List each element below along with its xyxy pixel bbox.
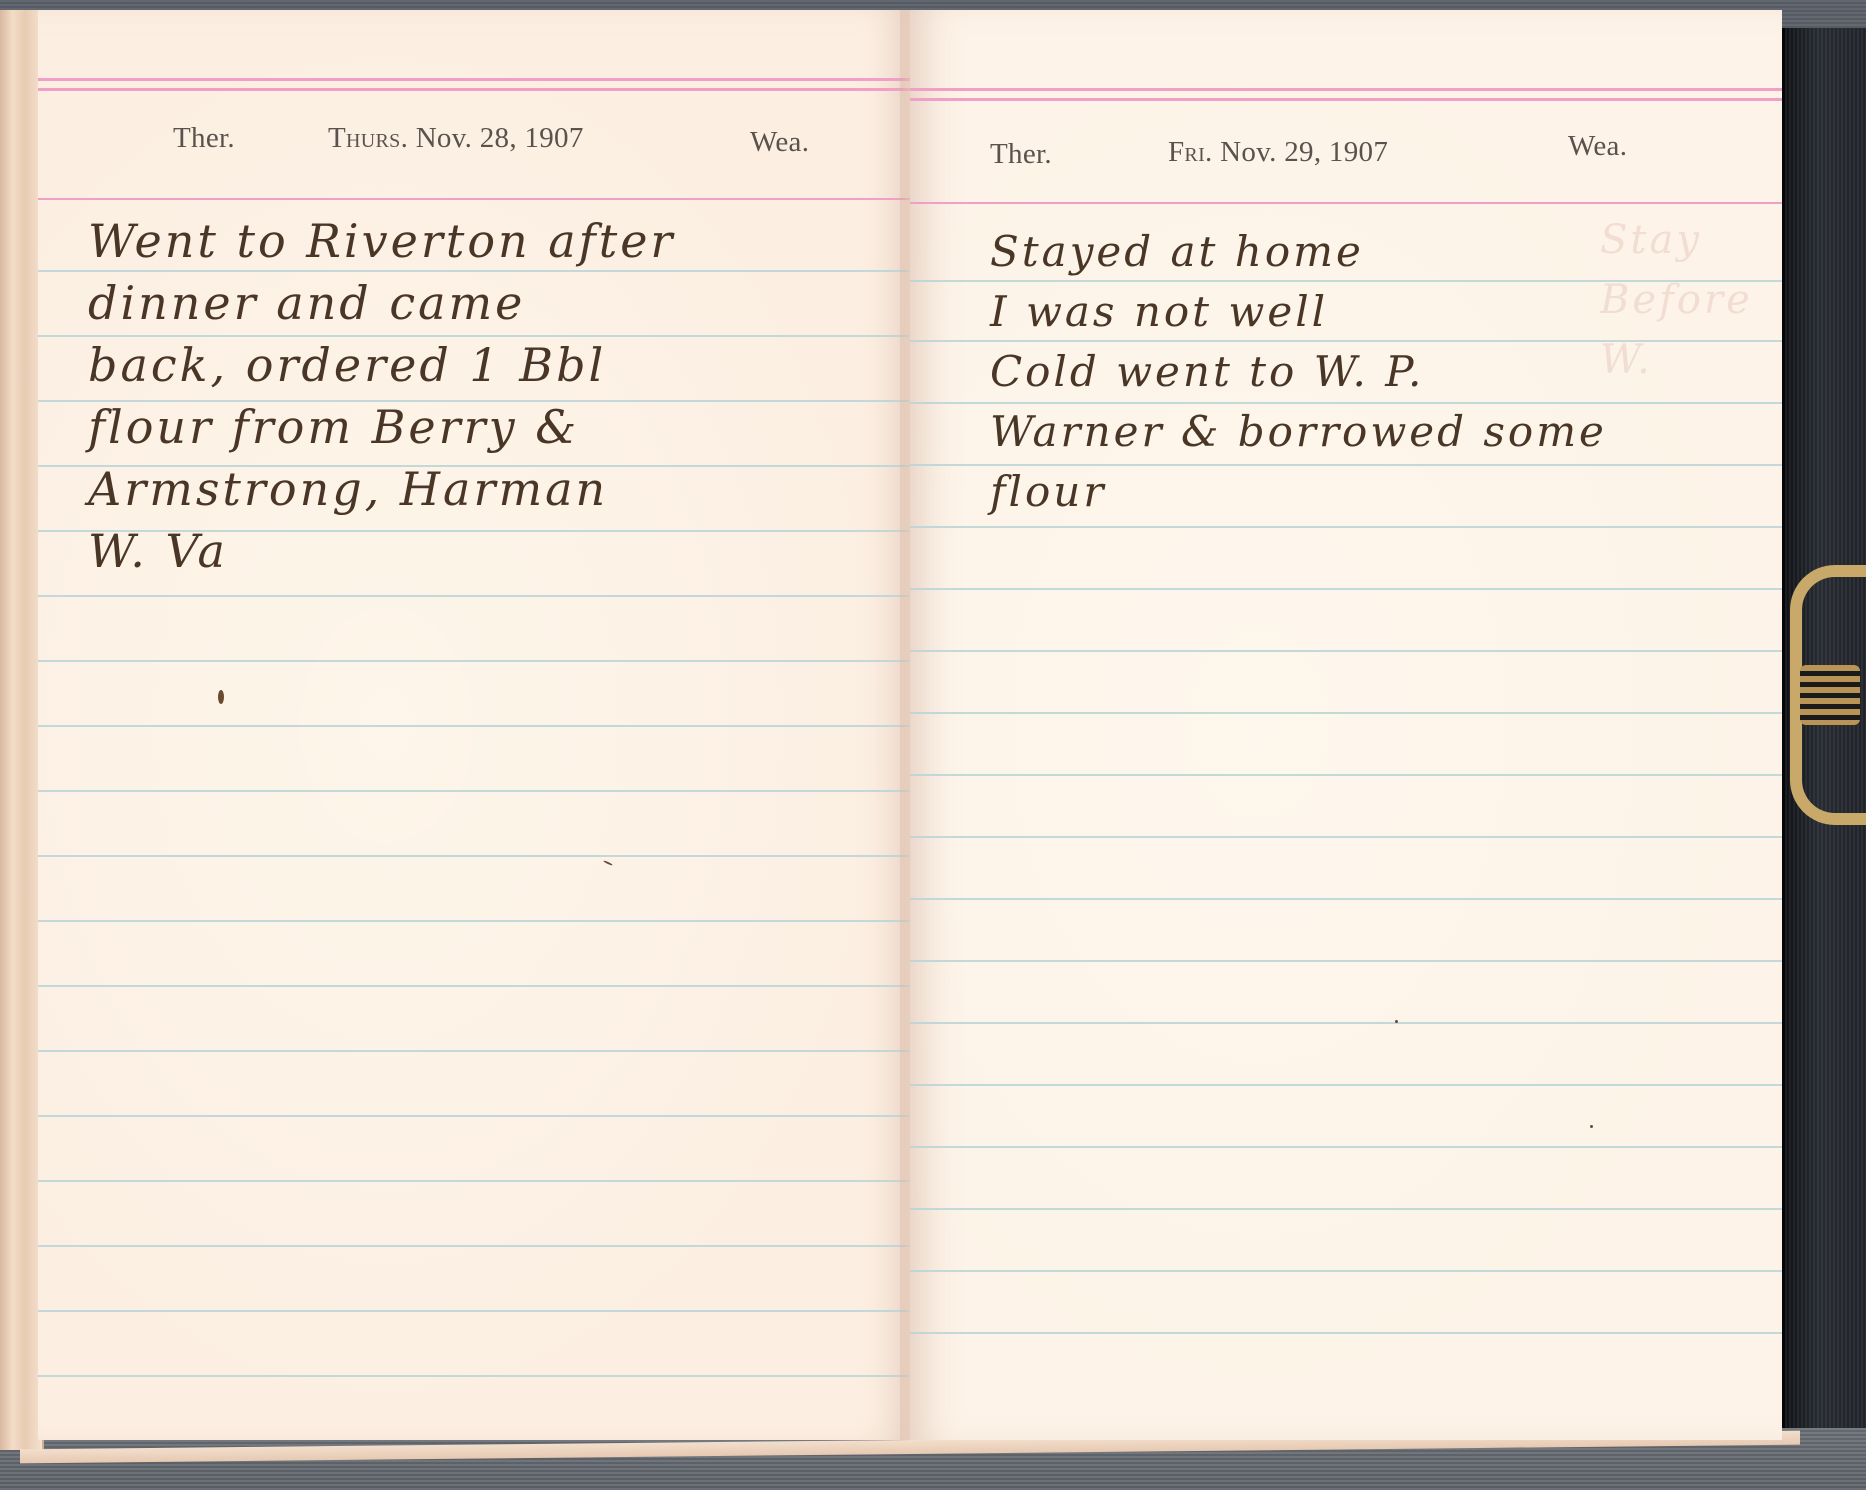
entry-line: Armstrong, Harman bbox=[88, 458, 910, 520]
entry-line: back, ordered 1 Bbl bbox=[88, 334, 910, 396]
ruled-line bbox=[910, 588, 1782, 590]
ruled-line bbox=[910, 1270, 1782, 1272]
ruled-line bbox=[38, 920, 910, 922]
ruled-line bbox=[38, 1050, 910, 1052]
day-of-week: Thurs. bbox=[328, 122, 408, 154]
left-page: Ther. Thurs. Nov. 28, 1907 Wea. Went to … bbox=[38, 10, 910, 1440]
day-of-week: Fri. bbox=[1168, 136, 1213, 168]
entry-line: W. Va bbox=[88, 520, 910, 582]
ruled-line bbox=[910, 1084, 1782, 1086]
pink-rule-top-1 bbox=[38, 78, 910, 81]
ruled-line bbox=[38, 1180, 910, 1182]
ruled-line bbox=[910, 650, 1782, 652]
ruled-line bbox=[38, 790, 910, 792]
scan-margin bbox=[0, 1490, 1866, 1503]
ruled-line bbox=[38, 595, 910, 597]
ruled-line bbox=[38, 1115, 910, 1117]
ruled-line bbox=[910, 1332, 1782, 1334]
entry-line: Warner & borrowed some bbox=[990, 402, 1782, 462]
ruled-line bbox=[38, 660, 910, 662]
ruled-line bbox=[38, 1310, 910, 1312]
page-header: Ther. Thurs. Nov. 28, 1907 Wea. bbox=[38, 122, 910, 162]
ruled-line bbox=[38, 855, 910, 857]
entry-line: Stayed at home bbox=[990, 222, 1782, 282]
entry-line: dinner and came bbox=[88, 272, 910, 334]
thermometer-label: Ther. bbox=[173, 122, 235, 155]
entry-line: flour from Berry & bbox=[88, 396, 910, 458]
pink-rule-top-1 bbox=[910, 88, 1782, 91]
handwritten-entry: Stayed at home I was not well Cold went … bbox=[990, 222, 1782, 522]
ruled-line bbox=[38, 725, 910, 727]
paper-speck bbox=[1590, 1125, 1593, 1128]
entry-line: Cold went to W. P. bbox=[990, 342, 1782, 402]
ruled-line bbox=[910, 774, 1782, 776]
clasp-bars-icon bbox=[1800, 665, 1860, 725]
paper-speck bbox=[1395, 1020, 1398, 1023]
ruled-line bbox=[910, 898, 1782, 900]
ruled-line bbox=[38, 1375, 910, 1377]
date-text: Nov. 28, 1907 bbox=[416, 122, 584, 154]
entry-line: flour bbox=[990, 462, 1782, 522]
pink-rule-header-bottom bbox=[38, 198, 910, 200]
entry-line: I was not well bbox=[990, 282, 1782, 342]
pink-rule-top-2 bbox=[910, 98, 1782, 101]
ruled-line bbox=[910, 836, 1782, 838]
ruled-line bbox=[910, 526, 1782, 528]
ruled-line bbox=[38, 1245, 910, 1247]
ruled-line bbox=[910, 1146, 1782, 1148]
weather-label: Wea. bbox=[1568, 130, 1627, 163]
ink-mark bbox=[603, 860, 613, 866]
ruled-line bbox=[910, 712, 1782, 714]
page-header: Ther. Fri. Nov. 29, 1907 Wea. bbox=[910, 138, 1782, 178]
entry-line: Went to Riverton after bbox=[88, 210, 910, 272]
pink-rule-header-bottom bbox=[910, 202, 1782, 204]
ruled-line bbox=[38, 985, 910, 987]
date-text: Nov. 29, 1907 bbox=[1220, 136, 1388, 168]
right-page: Ther. Fri. Nov. 29, 1907 Wea. StayBefore… bbox=[910, 10, 1782, 1440]
header-date: Thurs. Nov. 28, 1907 bbox=[328, 122, 584, 155]
header-date: Fri. Nov. 29, 1907 bbox=[1168, 136, 1388, 169]
handwritten-entry: Went to Riverton after dinner and came b… bbox=[88, 210, 910, 582]
ruled-line bbox=[910, 960, 1782, 962]
pink-rule-top-2 bbox=[38, 88, 910, 91]
ruled-line bbox=[910, 1208, 1782, 1210]
ruled-line bbox=[910, 1022, 1782, 1024]
weather-label: Wea. bbox=[750, 126, 809, 159]
thermometer-label: Ther. bbox=[990, 138, 1052, 171]
ink-spot bbox=[218, 690, 224, 704]
